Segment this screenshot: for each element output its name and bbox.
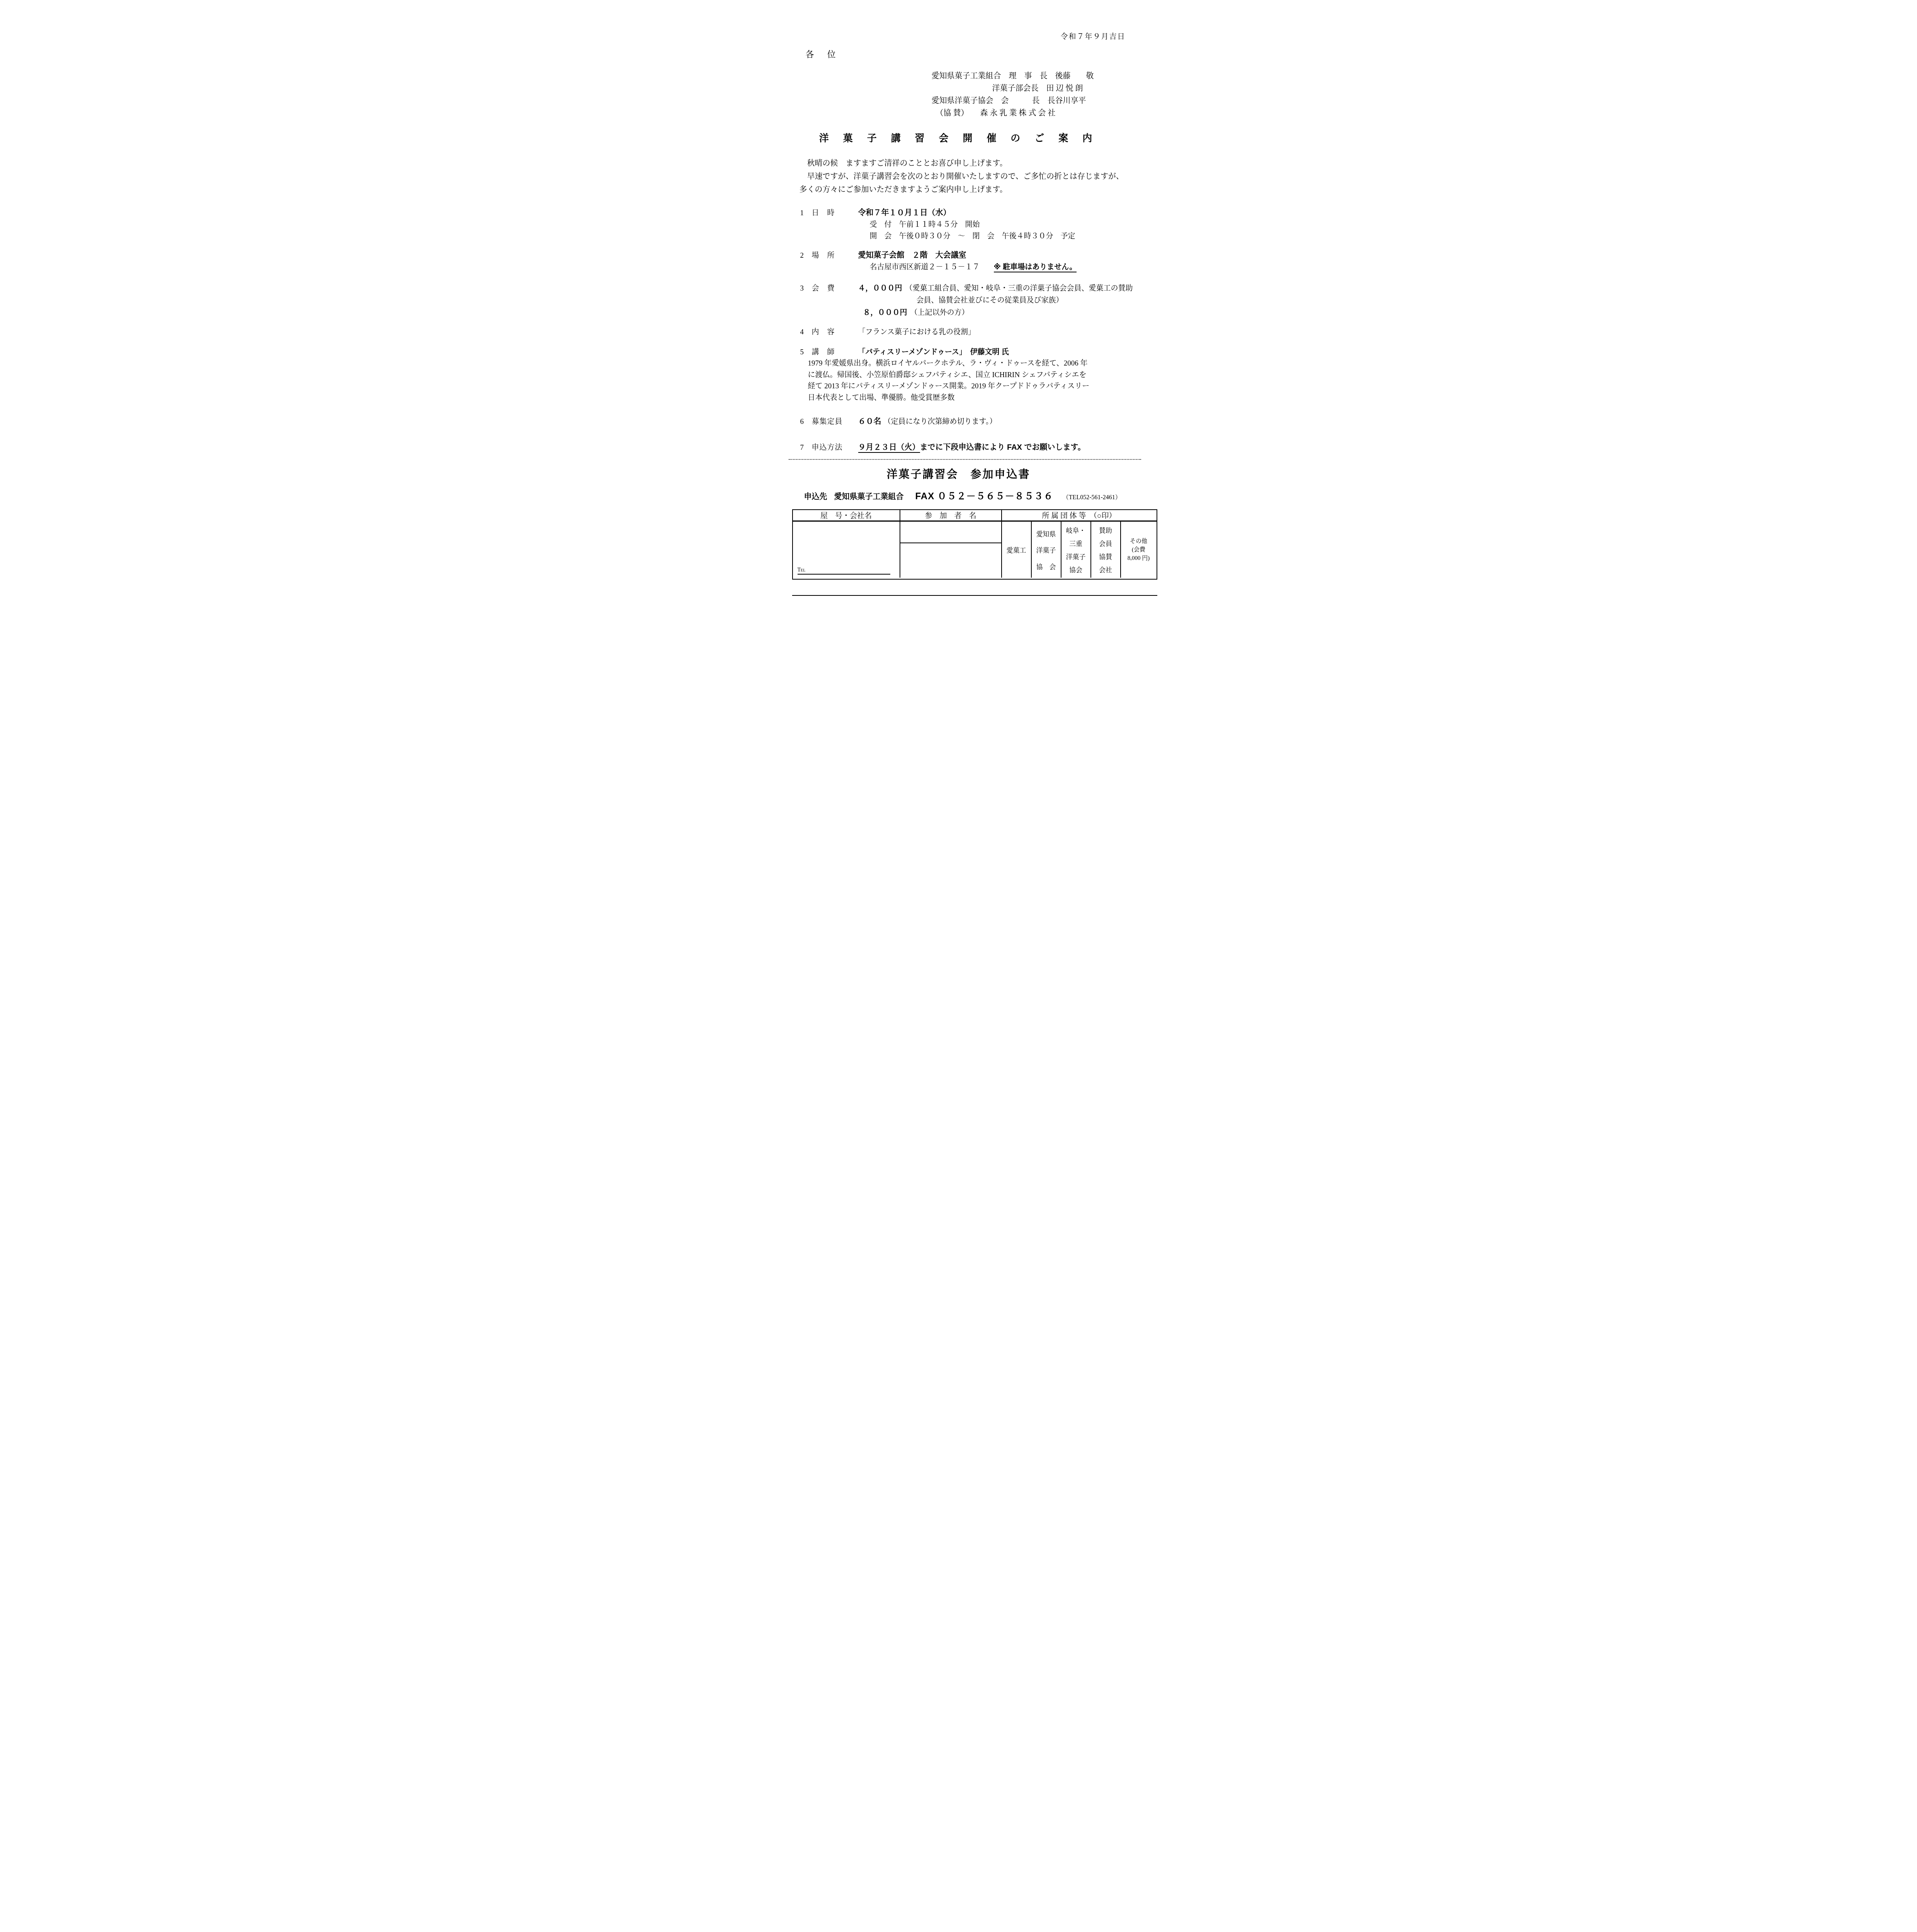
item-number: 3 <box>800 284 812 293</box>
datetime-session: 開 会 午後０時３０分 ～ 閉 会 午後４時３０分 予定 <box>870 230 1075 241</box>
place-address: 名古屋市西区新道２－１５－１７ <box>870 263 980 271</box>
submit-to-org: 愛知県菓子工業組合 <box>834 493 904 501</box>
salutation: 各 位 <box>806 48 838 60</box>
item-label: 申込方法 <box>812 442 858 452</box>
bio-line: 経て 2013 年にパティスリーメゾンドゥース開業。2019 年クープドドゥラパ… <box>808 381 1090 392</box>
affiliation-line: 愛知県 <box>1036 529 1056 538</box>
content-value: 「フランス菓子における乳の役割」 <box>858 328 975 336</box>
item-label: 日 時 <box>812 207 858 218</box>
item-lecturer: 5講 師「パティスリーメゾンドゥース」 伊藤文明 氏 <box>800 346 1009 357</box>
header-shop-name: 屋 号・会社名 <box>793 510 900 520</box>
fee-price-nonmember-note: （上記以外の方） <box>910 309 969 317</box>
greeting-paragraph: 秋晴の候 ますますご清祥のこととお喜び申し上げます。 早速ですが、洋菓子講習会を… <box>799 157 1124 196</box>
item-label: 講 師 <box>812 346 858 357</box>
greeting-line: 早速ですが、洋菓子講習会を次のとおり開催いたしますので、ご多忙の折とは存じますが… <box>799 170 1124 183</box>
parking-note: ※ 駐車場はありません。 <box>994 263 1077 272</box>
greeting-line: 秋晴の候 ますますご清祥のこととお喜び申し上げます。 <box>799 157 1124 170</box>
item-place: 2場 所愛知菓子会館 ２階 大会議室 <box>800 249 966 260</box>
fee-price-member-note2: 会員、協賛会社並びにその従業員及び家族） <box>917 294 1063 305</box>
greeting-line: 多くの方々にご参加いただきますようご案内申し上げます。 <box>799 183 1124 196</box>
item-label: 場 所 <box>812 250 858 260</box>
application-method: までに下段申込書により FAX でお願いします。 <box>920 443 1085 452</box>
application-form-title: 洋菓子講習会 参加申込書 <box>746 466 1171 481</box>
participant-name-cell <box>900 522 1001 578</box>
affiliation-line: 会員 <box>1099 538 1112 548</box>
item-label: 内 容 <box>812 326 858 337</box>
affiliation-line: その他 <box>1130 537 1147 546</box>
sender-line: 愛知県洋菓子協会 会 長 長谷川享平 <box>932 95 1094 107</box>
affiliation-line: 協会 <box>1069 565 1082 574</box>
shop-name-cell: Tel <box>793 522 900 578</box>
fee-nonmember-line: ８，０００円（上記以外の方） <box>863 307 969 317</box>
tel-entry-line: Tel <box>798 567 890 575</box>
header-affiliation: 所 属 団 体 等 （○印） <box>1001 510 1157 520</box>
document-date: 令和７年９月吉日 <box>1060 31 1125 41</box>
affiliation-line: 岐阜・ <box>1066 525 1086 535</box>
affiliation-line: 賛助 <box>1099 525 1112 535</box>
item-number: 5 <box>800 348 812 357</box>
affiliation-support-cell: 賛助 会員 協賛 会社 <box>1090 522 1120 578</box>
item-datetime: 1日 時令和７年１０月１日（水） <box>800 206 951 218</box>
table-header-row: 屋 号・会社名 参 加 者 名 所 属 団 体 等 （○印） <box>793 510 1157 522</box>
affiliation-line: (会費 <box>1132 546 1145 554</box>
datetime-reception: 受 付 午前１１時４５分 開始 <box>870 219 980 229</box>
capacity-value: ６０名 <box>858 417 881 426</box>
document-title: 洋 菓 子 講 習 会 開 催 の ご 案 内 <box>746 131 1171 145</box>
item-number: 2 <box>800 252 812 260</box>
application-deadline: ９月２３日（火） <box>858 443 920 453</box>
tel-number: （TEL052-561-2461） <box>1063 494 1121 501</box>
place-value: 愛知菓子会館 ２階 大会議室 <box>858 251 966 260</box>
affiliation-gifu-mie-cell: 岐阜・ 三重 洋菓子 協会 <box>1061 522 1090 578</box>
affiliation-aichi-cell: 愛知県 洋菓子 協 会 <box>1031 522 1061 578</box>
item-fee: 3会 費４，０００円（愛菓工組合員、愛知・岐阜・三重の洋菓子協会会員、愛菓工の賛… <box>800 282 1133 293</box>
fax-line: 申込先愛知県菓子工業組合FAX ０５２－５６５－８５３６（TEL052-561-… <box>804 488 1121 502</box>
affiliation-label: 愛菓工 <box>1007 545 1026 554</box>
affiliation-line: 協 会 <box>1036 561 1056 571</box>
affiliation-line: 会社 <box>1099 565 1112 574</box>
affiliation-other-cell: その他 (会費 8,000 円) <box>1120 522 1157 578</box>
table-body-row: Tel 愛菓工 愛知県 洋菓子 協 会 岐阜・ 三重 洋菓子 協会 賛助 <box>793 522 1157 578</box>
capacity-note: （定員になり次第締め切ります。） <box>884 418 997 426</box>
item-number: 6 <box>800 418 812 426</box>
item-content: 4内 容「フランス菓子における乳の役割」 <box>800 326 975 337</box>
lecturer-bio: 1979 年愛媛県出身。横浜ロイヤルパークホテル、ラ・ヴィ・ドゥースを経て、20… <box>808 358 1090 403</box>
fee-price-member: ４，０００円 <box>858 284 902 293</box>
fax-number: FAX ０５２－５６５－８５３６ <box>915 491 1053 502</box>
sender-line: （協 賛） 森 永 乳 業 株 式 会 社 <box>936 107 1094 119</box>
document-page: 令和７年９月吉日 各 位 愛知県菓子工業組合 理 事 長 後藤 敬 洋菓子部会長… <box>746 0 1171 601</box>
tel-label: Tel <box>798 567 806 573</box>
affiliation-line: 洋菓子 <box>1036 545 1056 554</box>
datetime-value: 令和７年１０月１日（水） <box>858 209 951 217</box>
submit-to-label: 申込先 <box>804 493 827 501</box>
place-address-line: 名古屋市西区新道２－１５－１７※ 駐車場はありません。 <box>870 261 1077 272</box>
item-label: 募集定員 <box>812 416 858 426</box>
header-participant-name: 参 加 者 名 <box>900 510 1001 520</box>
application-table: 屋 号・会社名 参 加 者 名 所 属 団 体 等 （○印） Tel 愛菓工 愛… <box>792 509 1157 580</box>
bio-line: 1979 年愛媛県出身。横浜ロイヤルパークホテル、ラ・ヴィ・ドゥースを経て、20… <box>808 358 1090 369</box>
item-number: 4 <box>800 328 812 337</box>
affiliation-line: 協賛 <box>1099 551 1112 561</box>
item-label: 会 費 <box>812 282 858 293</box>
bio-line: 日本代表として出場、準優勝。他受賞歴多数 <box>808 392 1090 404</box>
participant-row-divider <box>900 543 1001 543</box>
bio-line: に渡仏。帰国後、小笠原伯爵邸シェフパティシエ、国立 ICHIRIN シェフパティ… <box>808 369 1090 381</box>
fee-price-member-note: （愛菓工組合員、愛知・岐阜・三重の洋菓子協会会員、愛菓工の賛助 <box>905 284 1133 293</box>
dotted-separator <box>789 459 1141 460</box>
lecturer-value: 「パティスリーメゾンドゥース」 伊藤文明 氏 <box>858 348 1009 356</box>
sender-line: 愛知県菓子工業組合 理 事 長 後藤 敬 <box>932 70 1094 82</box>
item-application: 7申込方法９月２３日（火）までに下段申込書により FAX でお願いします。 <box>800 441 1085 452</box>
item-number: 1 <box>800 209 812 218</box>
affiliation-line: 洋菓子 <box>1066 551 1086 561</box>
affiliation-aikako-cell: 愛菓工 <box>1001 522 1031 578</box>
item-capacity: 6募集定員６０名（定員になり次第締め切ります。） <box>800 415 997 426</box>
fee-price-nonmember: ８，０００円 <box>863 309 907 317</box>
sender-block: 愛知県菓子工業組合 理 事 長 後藤 敬 洋菓子部会長 田 辺 悦 朗 愛知県洋… <box>932 70 1094 119</box>
affiliation-line: 8,000 円) <box>1128 554 1150 563</box>
item-number: 7 <box>800 444 812 452</box>
affiliation-line: 三重 <box>1069 538 1082 548</box>
sender-line: 洋菓子部会長 田 辺 悦 朗 <box>992 82 1094 95</box>
next-row-rule <box>792 595 1157 596</box>
